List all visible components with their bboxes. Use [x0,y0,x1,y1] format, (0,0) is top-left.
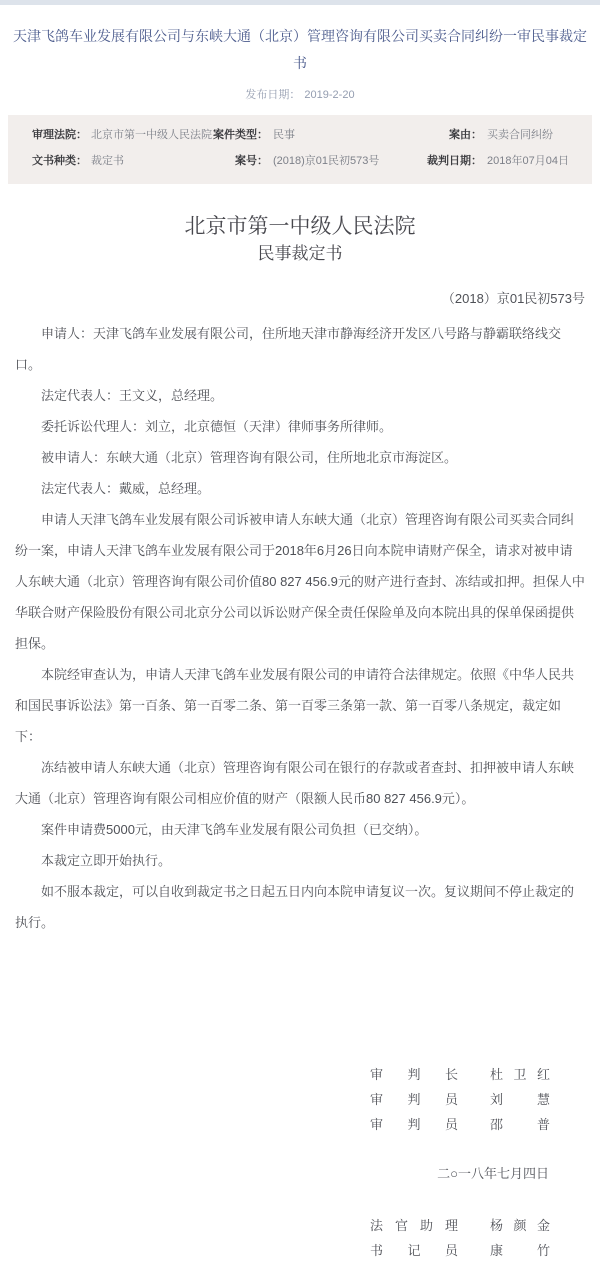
paragraph-execution: 本裁定立即开始执行。 [15,845,585,876]
paragraph-appeal-notice: 如不服本裁定，可以自收到裁定书之日起五日内向本院申请复议一次。复议期间不停止裁定… [15,876,585,938]
meta-label-court: 审理法院： [32,128,86,143]
case-number-line: （2018）京01民初573号 [15,291,585,306]
top-border-strip [0,0,600,5]
case-meta-panel: 审理法院：北京市第一中级人民法院 案件类型：民事 案由：买卖合同纠纷 文书种类：… [8,115,592,184]
paragraph-legal-rep-1: 法定代表人：王文义，总经理。 [15,380,585,411]
paragraph-respondent: 被申请人：东峡大通（北京）管理咨询有限公司，住所地北京市海淀区。 [15,442,585,473]
paragraph-fee: 案件申请费5000元，由天津飞鸽车业发展有限公司负担（已交纳）。 [15,814,585,845]
meta-field-cause: 案由：买卖合同纠纷 [412,128,592,143]
ruling-date: 二○一八年七月四日 [15,1165,585,1183]
signature-role: 审判长 [370,1062,458,1087]
staff-row: 法官助理 杨颜金 [15,1213,585,1238]
publish-date-label: 发布日期： [245,89,300,101]
meta-label-doc-kind: 文书种类： [32,154,86,169]
meta-value-doc-kind: 裁定书 [91,155,124,167]
signature-name: 杜卫红 [490,1062,550,1087]
staff-role: 书记员 [370,1238,458,1263]
meta-label-cause: 案由： [412,128,482,143]
publish-date-row: 发布日期：2019-2-20 [0,86,600,102]
document-body: 北京市第一中级人民法院 民事裁定书 （2018）京01民初573号 申请人：天津… [15,214,585,1287]
staff-block: 法官助理 杨颜金 书记员 康竹 [15,1213,585,1287]
signature-row: 审判员 邵普 [15,1112,585,1137]
meta-field-court: 审理法院：北京市第一中级人民法院 [32,128,212,143]
publish-date-value: 2019-2-20 [304,89,354,101]
page-title: 天津飞鸽车业发展有限公司与东峡大通（北京）管理咨询有限公司买卖合同纠纷一审民事裁… [12,23,588,77]
meta-value-judgment-date: 2018年07月04日 [487,155,569,167]
signature-name: 邵普 [490,1112,550,1137]
meta-value-case-number: (2018)京01民初573号 [273,155,379,167]
signature-block: 审判长 杜卫红 审判员 刘慧 审判员 邵普 [15,1062,585,1137]
paragraph-application: 申请人天津飞鸽车业发展有限公司诉被申请人东峡大通（北京）管理咨询有限公司买卖合同… [15,504,585,659]
meta-label-case-number: 案号： [212,154,268,169]
paragraph-agent: 委托诉讼代理人：刘立，北京德恒（天津）律师事务所律师。 [15,411,585,442]
meta-value-court: 北京市第一中级人民法院 [91,129,212,141]
signature-role: 审判员 [370,1087,458,1112]
paragraph-ruling-freeze: 冻结被申请人东峡大通（北京）管理咨询有限公司在银行的存款或者查封、扣押被申请人东… [15,752,585,814]
staff-role: 法官助理 [370,1213,458,1238]
paragraph-court-opinion: 本院经审查认为，申请人天津飞鸽车业发展有限公司的申请符合法律规定。依照《中华人民… [15,659,585,752]
paragraph-applicant: 申请人：天津飞鸽车业发展有限公司，住所地天津市静海经济开发区八号路与静霸联络线交… [15,318,585,380]
meta-field-case-number: 案号：(2018)京01民初573号 [212,154,412,169]
signature-name: 刘慧 [490,1087,550,1112]
staff-row: 书记员 康竹 [15,1238,585,1263]
paragraph-legal-rep-2: 法定代表人：戴威，总经理。 [15,473,585,504]
signature-row: 审判员 刘慧 [15,1087,585,1112]
meta-value-case-type: 民事 [273,129,295,141]
document-type-title: 民事裁定书 [15,243,585,265]
meta-label-case-type: 案件类型： [212,128,268,143]
meta-label-judgment-date: 裁判日期： [412,154,482,169]
meta-field-judgment-date: 裁判日期：2018年07月04日 [412,154,592,169]
court-name: 北京市第一中级人民法院 [15,214,585,238]
signature-role: 审判员 [370,1112,458,1137]
meta-value-cause: 买卖合同纠纷 [487,129,553,141]
staff-name: 杨颜金 [490,1213,550,1238]
staff-name: 康竹 [490,1238,550,1263]
meta-field-doc-kind: 文书种类：裁定书 [32,154,212,169]
meta-field-case-type: 案件类型：民事 [212,128,412,143]
signature-row: 审判长 杜卫红 [15,1062,585,1087]
